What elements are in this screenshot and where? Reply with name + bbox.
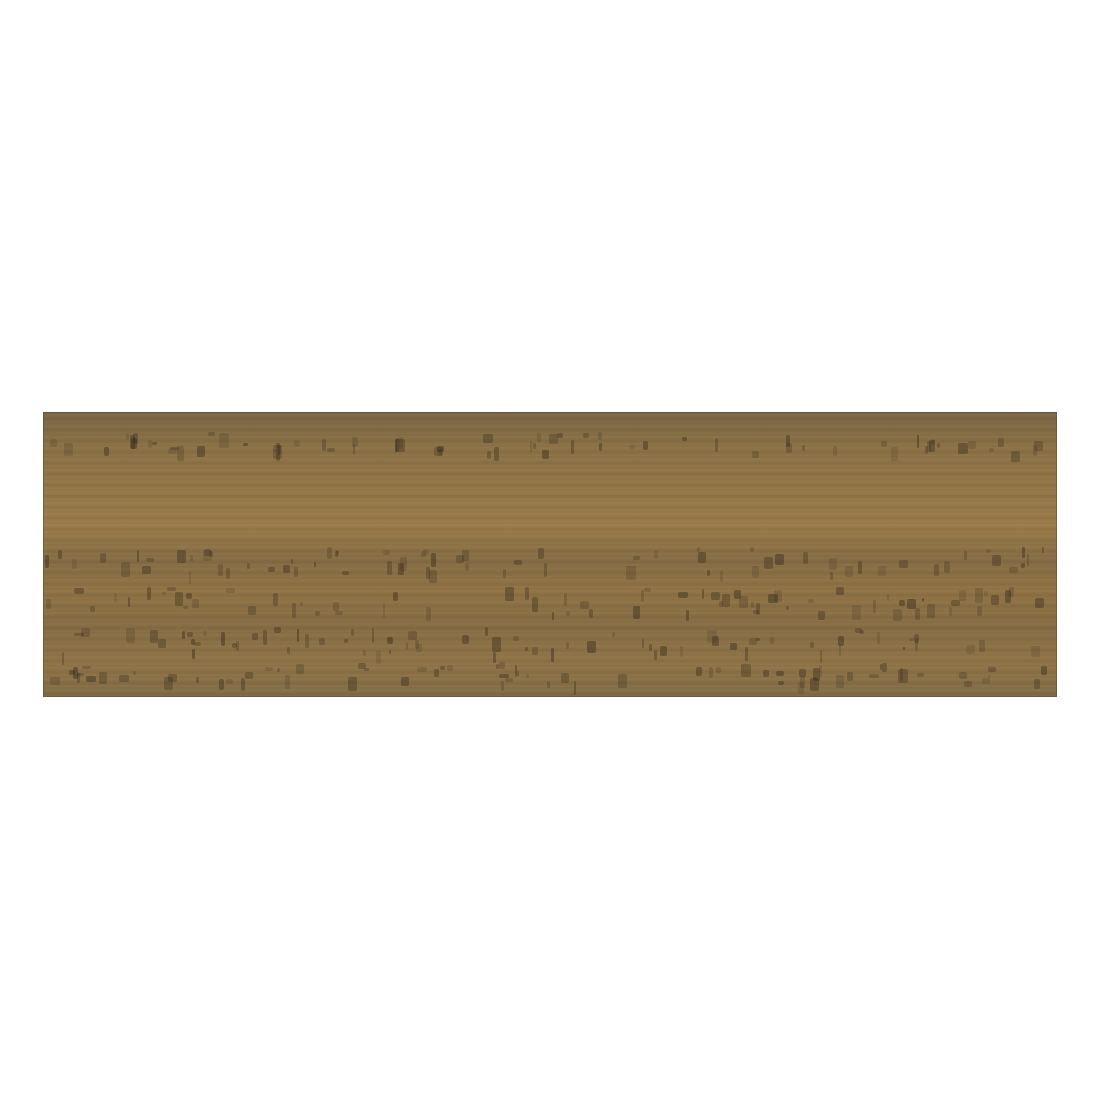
wood-grain-mark	[852, 605, 861, 619]
wood-grain-mark	[406, 642, 409, 649]
wood-grain-mark	[756, 638, 760, 641]
wood-grain-mark	[763, 670, 768, 676]
wood-grain-mark	[598, 432, 603, 439]
wood-grain-mark	[177, 446, 184, 461]
wood-grain-mark	[167, 587, 175, 590]
wood-grain-mark	[387, 637, 394, 644]
wood-grain-mark	[966, 645, 976, 655]
wood-grain-mark	[319, 638, 325, 645]
wood-grain-mark	[564, 593, 567, 606]
wood-grain-mark	[551, 648, 554, 662]
wood-grain-mark	[285, 675, 290, 689]
wood-grain-mark	[741, 664, 751, 677]
wood-grain-mark	[887, 594, 889, 601]
wood-grain-mark	[525, 647, 529, 651]
wood-grain-mark	[514, 560, 521, 564]
wood-grain-mark	[984, 591, 988, 596]
wood-grain-mark	[730, 643, 737, 650]
wood-grain-mark	[644, 588, 651, 593]
wood-grain-mark	[750, 547, 754, 551]
wood-grain-mark	[263, 630, 267, 645]
wood-grain-mark	[530, 441, 532, 451]
wood-grain-mark	[869, 674, 878, 677]
wood-grain-mark	[629, 445, 635, 449]
wood-grain-mark	[1042, 547, 1044, 553]
wood-grain-mark	[77, 673, 80, 683]
wood-grain-mark	[221, 632, 225, 646]
wood-grain-mark	[937, 443, 940, 448]
wood-grain-mark	[566, 611, 570, 615]
wood-grain-mark	[633, 556, 640, 560]
wood-grain-mark	[1027, 554, 1029, 566]
wood-grain-mark	[803, 552, 808, 563]
wood-grain-mark	[245, 672, 253, 679]
wood-grain-mark	[417, 667, 427, 672]
wood-grain-mark	[833, 446, 837, 456]
wood-grain-mark	[462, 550, 469, 561]
wood-grain-mark	[177, 550, 186, 563]
wood-grain-mark	[975, 588, 984, 603]
wood-grain-mark	[893, 609, 901, 621]
wood-grain-mark	[252, 633, 257, 640]
wood-grain-mark	[899, 560, 907, 568]
wood-grain-mark	[505, 678, 513, 682]
wood-grain-mark	[203, 550, 212, 561]
wood-grain-mark	[353, 444, 356, 455]
wood-grain-mark	[395, 439, 405, 452]
wood-grain-mark	[776, 671, 784, 676]
wood-grain-mark	[126, 433, 129, 440]
wood-grain-mark	[314, 562, 316, 568]
wood-grain-mark	[1021, 563, 1025, 569]
wood-grain-mark	[493, 652, 496, 663]
wood-grain-mark	[268, 567, 276, 572]
wood-grain-mark	[277, 668, 280, 672]
wood-grain-mark	[243, 443, 248, 446]
wood-grain-mark	[934, 564, 939, 576]
wood-grain-mark	[485, 627, 487, 635]
wood-grain-mark	[808, 599, 814, 603]
wood-grain-mark	[526, 674, 529, 678]
wood-grain-mark	[989, 448, 994, 452]
wood-grain-mark	[626, 566, 636, 580]
wood-grain-mark	[786, 606, 790, 611]
wood-grain-mark	[917, 435, 919, 448]
wood-grain-mark	[778, 681, 784, 685]
wood-grain-mark	[465, 563, 469, 571]
wood-grain-mark	[991, 595, 999, 605]
wood-grain-mark	[589, 609, 593, 617]
wood-grain-mark	[1022, 547, 1025, 558]
wood-grain-mark	[964, 681, 972, 686]
wood-grain-mark	[273, 593, 278, 607]
wood-grain-mark	[342, 571, 349, 576]
wood-grain-mark	[189, 571, 192, 584]
wood-grain-mark	[322, 439, 326, 451]
wood-grain-mark	[532, 647, 537, 655]
wood-grain-mark	[580, 601, 589, 610]
wood-grain-mark	[922, 598, 925, 602]
wood-grain-mark	[845, 566, 853, 577]
wood-grain-mark	[654, 550, 658, 559]
wood-grain-mark	[909, 638, 914, 641]
wood-grain-mark	[183, 606, 188, 609]
wood-grain-mark	[764, 557, 773, 569]
wood-grain-mark	[447, 665, 452, 671]
wood-grain-mark	[557, 433, 562, 438]
wood-grain-mark	[219, 433, 229, 448]
wood-grain-mark	[820, 650, 823, 663]
wood-grain-mark	[274, 627, 281, 633]
wood-grain-mark	[574, 681, 576, 695]
wood-grain-mark	[74, 633, 83, 636]
wood-grain-mark	[707, 570, 710, 576]
wood-grain-mark	[175, 592, 183, 606]
wood-grain-mark	[686, 610, 689, 621]
wood-grain-mark	[462, 635, 469, 644]
wood-grain-mark	[532, 597, 538, 611]
wood-grain-mark	[487, 451, 491, 459]
wood-grain-mark	[915, 608, 920, 620]
wood-grain-mark	[878, 566, 885, 576]
wood-grain-mark	[907, 599, 916, 609]
wood-grain-mark	[236, 641, 239, 652]
wood-grain-mark	[992, 555, 1001, 566]
wood-grain-mark	[587, 641, 596, 653]
wood-grain-mark	[372, 628, 375, 642]
wood-grain-mark	[226, 679, 234, 684]
wood-grain-mark	[1034, 679, 1039, 690]
wood-grain-mark	[192, 599, 199, 608]
wood-grain-mark	[552, 612, 554, 621]
wood-grain-mark	[537, 433, 541, 442]
wood-grain-mark	[434, 669, 439, 677]
wood-grain-mark	[50, 677, 60, 685]
wood-grain-mark	[571, 440, 574, 454]
wood-grain-mark	[654, 650, 657, 660]
wood-grain-mark	[401, 677, 409, 686]
wood-grain-mark	[1011, 451, 1020, 463]
wood-grain-mark	[698, 552, 706, 564]
wood-grain-mark	[400, 557, 407, 570]
wood-grain-mark	[133, 671, 136, 675]
wood-grain-mark	[618, 674, 627, 687]
wood-grain-mark	[150, 630, 158, 643]
wood-grain-mark	[678, 592, 688, 598]
wood-grain-mark	[873, 600, 876, 614]
wood-grain-mark	[982, 678, 990, 684]
wood-grain-mark	[642, 639, 645, 647]
wood-grain-mark	[292, 603, 296, 618]
wood-grain-mark	[855, 628, 863, 632]
wood-grain-mark	[583, 433, 589, 438]
wood-grain-mark	[914, 634, 919, 643]
wood-grain-mark	[100, 553, 106, 562]
wood-grain-mark	[660, 646, 667, 656]
wood-grain-mark	[351, 629, 353, 636]
wood-grain-mark	[903, 647, 906, 650]
wood-grain-mark	[899, 600, 905, 605]
wood-grain-mark	[247, 563, 250, 570]
wood-grain-mark	[680, 646, 683, 658]
wood-grain-mark	[86, 676, 96, 682]
wood-grain-mark	[839, 645, 841, 656]
wood-grain-mark	[830, 572, 833, 581]
wood-grain-mark	[709, 667, 713, 679]
wood-grain-mark	[711, 592, 721, 599]
wood-grain-mark	[283, 565, 290, 573]
wood-grain-mark	[186, 593, 192, 599]
wood-grain-mark	[131, 438, 136, 449]
wood-grain-mark	[64, 443, 73, 456]
wood-grain-mark	[525, 587, 528, 600]
wood-grain-mark	[426, 607, 430, 621]
wood-grain-mark	[538, 548, 545, 559]
wood-grain-mark	[287, 647, 290, 654]
wood-grain-mark	[1031, 646, 1040, 657]
wood-grain-mark	[69, 670, 75, 675]
wood-grain-mark	[291, 559, 294, 563]
wood-grain-mark	[682, 437, 687, 441]
wood-grain-mark	[74, 588, 83, 594]
wood-grain-mark	[121, 562, 130, 576]
wood-grain-mark	[998, 438, 1004, 447]
wood-grain-mark	[752, 451, 759, 458]
wood-grain-mark	[128, 597, 130, 607]
wood-grain-mark	[241, 678, 245, 692]
wood-grain-mark	[501, 681, 503, 691]
wood-grain-mark	[566, 642, 569, 650]
wood-grain-mark	[1009, 567, 1018, 573]
wood-grain-mark	[513, 636, 518, 640]
wood-grain-mark	[881, 441, 887, 447]
wood-grain-mark	[858, 561, 862, 574]
wood-grain-mark	[158, 639, 165, 648]
wood-grain-mark	[300, 602, 303, 605]
wood-grain-mark	[503, 569, 506, 578]
wood-grain-mark	[376, 650, 381, 664]
wood-grain-mark	[643, 441, 648, 450]
wood-grain-mark	[612, 632, 614, 637]
wood-grain-mark	[294, 440, 300, 447]
wood-grain-mark	[944, 561, 950, 573]
wood-grain-mark	[836, 675, 845, 689]
wood-grain-mark	[722, 594, 730, 607]
wood-grain-mark	[265, 667, 273, 671]
wood-grain-mark	[114, 593, 117, 602]
wood-grain-mark	[917, 673, 924, 676]
wood-grain-mark	[641, 590, 644, 603]
wood-grain-mark	[927, 604, 935, 618]
wood-grain-mark	[62, 652, 64, 665]
wood-grain-mark	[393, 592, 398, 601]
wood-grain-mark	[273, 445, 282, 459]
wood-grain-mark	[898, 669, 908, 683]
wood-grain-mark	[745, 647, 749, 662]
wood-grain-mark	[786, 443, 792, 453]
wood-grain-mark	[203, 631, 208, 637]
wood-grain-mark	[431, 553, 435, 567]
wood-grain-mark	[363, 650, 367, 656]
wood-grain-mark	[426, 567, 429, 580]
wood-grain-mark	[739, 596, 748, 608]
wood-grain-mark	[226, 588, 235, 593]
wood-grain-mark	[775, 554, 784, 565]
wood-grain-mark	[633, 606, 641, 619]
wood-grain-mark	[836, 587, 844, 595]
wood-grain-mark	[547, 681, 550, 688]
wood-grain-mark	[751, 602, 754, 608]
wood-grain-mark	[752, 566, 760, 577]
wood-grain-mark	[951, 600, 960, 606]
wood-grain-mark	[119, 675, 129, 682]
wood-grain-mark	[1035, 598, 1045, 608]
wood-grain-mark	[327, 448, 334, 452]
wood-grain-mark	[561, 673, 569, 684]
wood-grain-mark	[248, 606, 255, 615]
wood-grain-mark	[364, 668, 369, 671]
wood-grain-mark	[182, 631, 185, 639]
wood-grain-mark	[770, 637, 774, 644]
wood-grain-mark	[959, 672, 967, 679]
wood-grain-mark	[45, 555, 50, 568]
wood-grain-mark	[208, 432, 215, 436]
wood-grain-mark	[483, 434, 493, 444]
wood-grain-mark	[988, 675, 990, 678]
wood-grain-mark	[162, 592, 167, 596]
wood-grain-mark	[979, 640, 986, 652]
wood-grain-mark	[544, 563, 547, 577]
wood-grain-mark	[810, 642, 813, 648]
wood-grain-mark	[1041, 666, 1046, 674]
wood-grain-mark	[829, 558, 837, 570]
wood-grain-mark	[190, 555, 193, 562]
wood-grain-mark	[196, 677, 199, 683]
wood-grain-mark	[847, 672, 854, 681]
wood-grain-mark	[383, 604, 385, 618]
wood-grain-mark	[389, 650, 392, 653]
wood-grain-mark	[148, 440, 152, 448]
wood-grain-mark	[440, 666, 445, 670]
wood-grain-mark	[599, 443, 602, 451]
wood-grain-mark	[533, 443, 536, 449]
wood-grain-mark	[137, 550, 139, 562]
wood-grain-mark	[702, 589, 704, 599]
wood-grain-mark	[82, 666, 91, 670]
wood-grain-mark	[344, 639, 348, 643]
wood-grain-mark	[387, 561, 392, 574]
wood-grain-mark	[335, 551, 338, 558]
wood-grain-mark	[716, 667, 722, 672]
wood-grain-mark	[294, 567, 298, 577]
wood-grain-mark	[126, 628, 135, 643]
wood-grain-mark	[415, 640, 419, 649]
wood-grain-mark	[333, 602, 339, 611]
wood-grain-mark	[335, 611, 343, 615]
wood-grain-mark	[348, 677, 357, 691]
wood-grain-mark	[46, 599, 51, 609]
wood-grain-mark	[187, 632, 193, 637]
wood-grain-mark	[958, 443, 968, 454]
wood-grain-mark	[988, 667, 996, 672]
wood-grain-mark	[297, 629, 299, 641]
wood-grain-mark	[192, 649, 195, 659]
wood-grain-mark	[219, 679, 224, 690]
wood-grain-mark	[226, 568, 230, 579]
wood-grain-mark	[146, 558, 154, 562]
wood-grain-mark	[218, 564, 222, 577]
wood-grain-mark	[818, 611, 825, 620]
wood-grain-mark	[50, 439, 57, 447]
wood-grain-mark	[802, 445, 805, 451]
wood-grain-mark	[104, 447, 110, 457]
wood-grain-mark	[882, 663, 887, 672]
wood-grain-mark	[800, 676, 805, 687]
wood-grain-mark	[408, 631, 418, 640]
wood-grain-mark	[877, 632, 880, 644]
wood-grain-mark	[968, 441, 977, 449]
wood-grain-mark	[429, 570, 437, 583]
wooden-plank	[43, 412, 1057, 697]
wood-grain-mark	[383, 550, 390, 555]
wood-grain-mark	[142, 566, 151, 574]
wood-grain-mark	[197, 446, 205, 457]
wood-grain-mark	[296, 664, 304, 674]
wood-grain-mark	[986, 549, 991, 553]
wood-grain-mark	[58, 550, 63, 559]
wood-grain-mark	[99, 672, 107, 684]
wood-grain-mark	[712, 636, 718, 646]
wood-grain-mark	[949, 607, 952, 616]
wood-grain-mark	[194, 642, 201, 645]
wood-grain-mark	[838, 636, 844, 646]
wood-grain-mark	[542, 450, 549, 459]
wood-grain-mark	[327, 547, 333, 559]
wood-grain-mark	[438, 449, 441, 456]
wood-grain-mark	[499, 662, 505, 669]
wood-grain-mark	[517, 671, 519, 676]
wood-grain-mark	[90, 606, 96, 612]
wood-grain-mark	[931, 439, 935, 445]
wood-grain-mark	[774, 590, 782, 602]
wood-grain-mark	[977, 606, 982, 615]
wood-grain-mark	[964, 551, 967, 560]
wood-grain-mark	[147, 587, 150, 599]
wood-grain-mark	[305, 634, 309, 648]
wood-grain-mark	[649, 644, 652, 651]
wood-grain-mark	[715, 438, 718, 453]
wood-grain-mark	[1033, 445, 1036, 456]
wood-grain-mark	[1005, 590, 1011, 604]
wood-grain-mark	[152, 442, 157, 445]
wood-grain-mark	[499, 674, 509, 678]
wood-grain-mark	[492, 637, 501, 652]
wood-grain-mark	[505, 587, 514, 601]
wood-grain-mark	[959, 590, 967, 601]
wood-grain-mark	[813, 668, 821, 681]
wood-grain-mark	[696, 667, 701, 676]
wood-grain-mark	[891, 447, 898, 461]
wood-grain-mark	[925, 446, 927, 453]
wood-grain-mark	[720, 570, 723, 582]
wood-grain-mark	[494, 447, 499, 461]
wood-grain-mark	[168, 674, 177, 682]
wood-grain-mark	[72, 559, 78, 569]
wood-grain-mark	[315, 611, 321, 616]
wood-grain-mark	[421, 551, 426, 557]
